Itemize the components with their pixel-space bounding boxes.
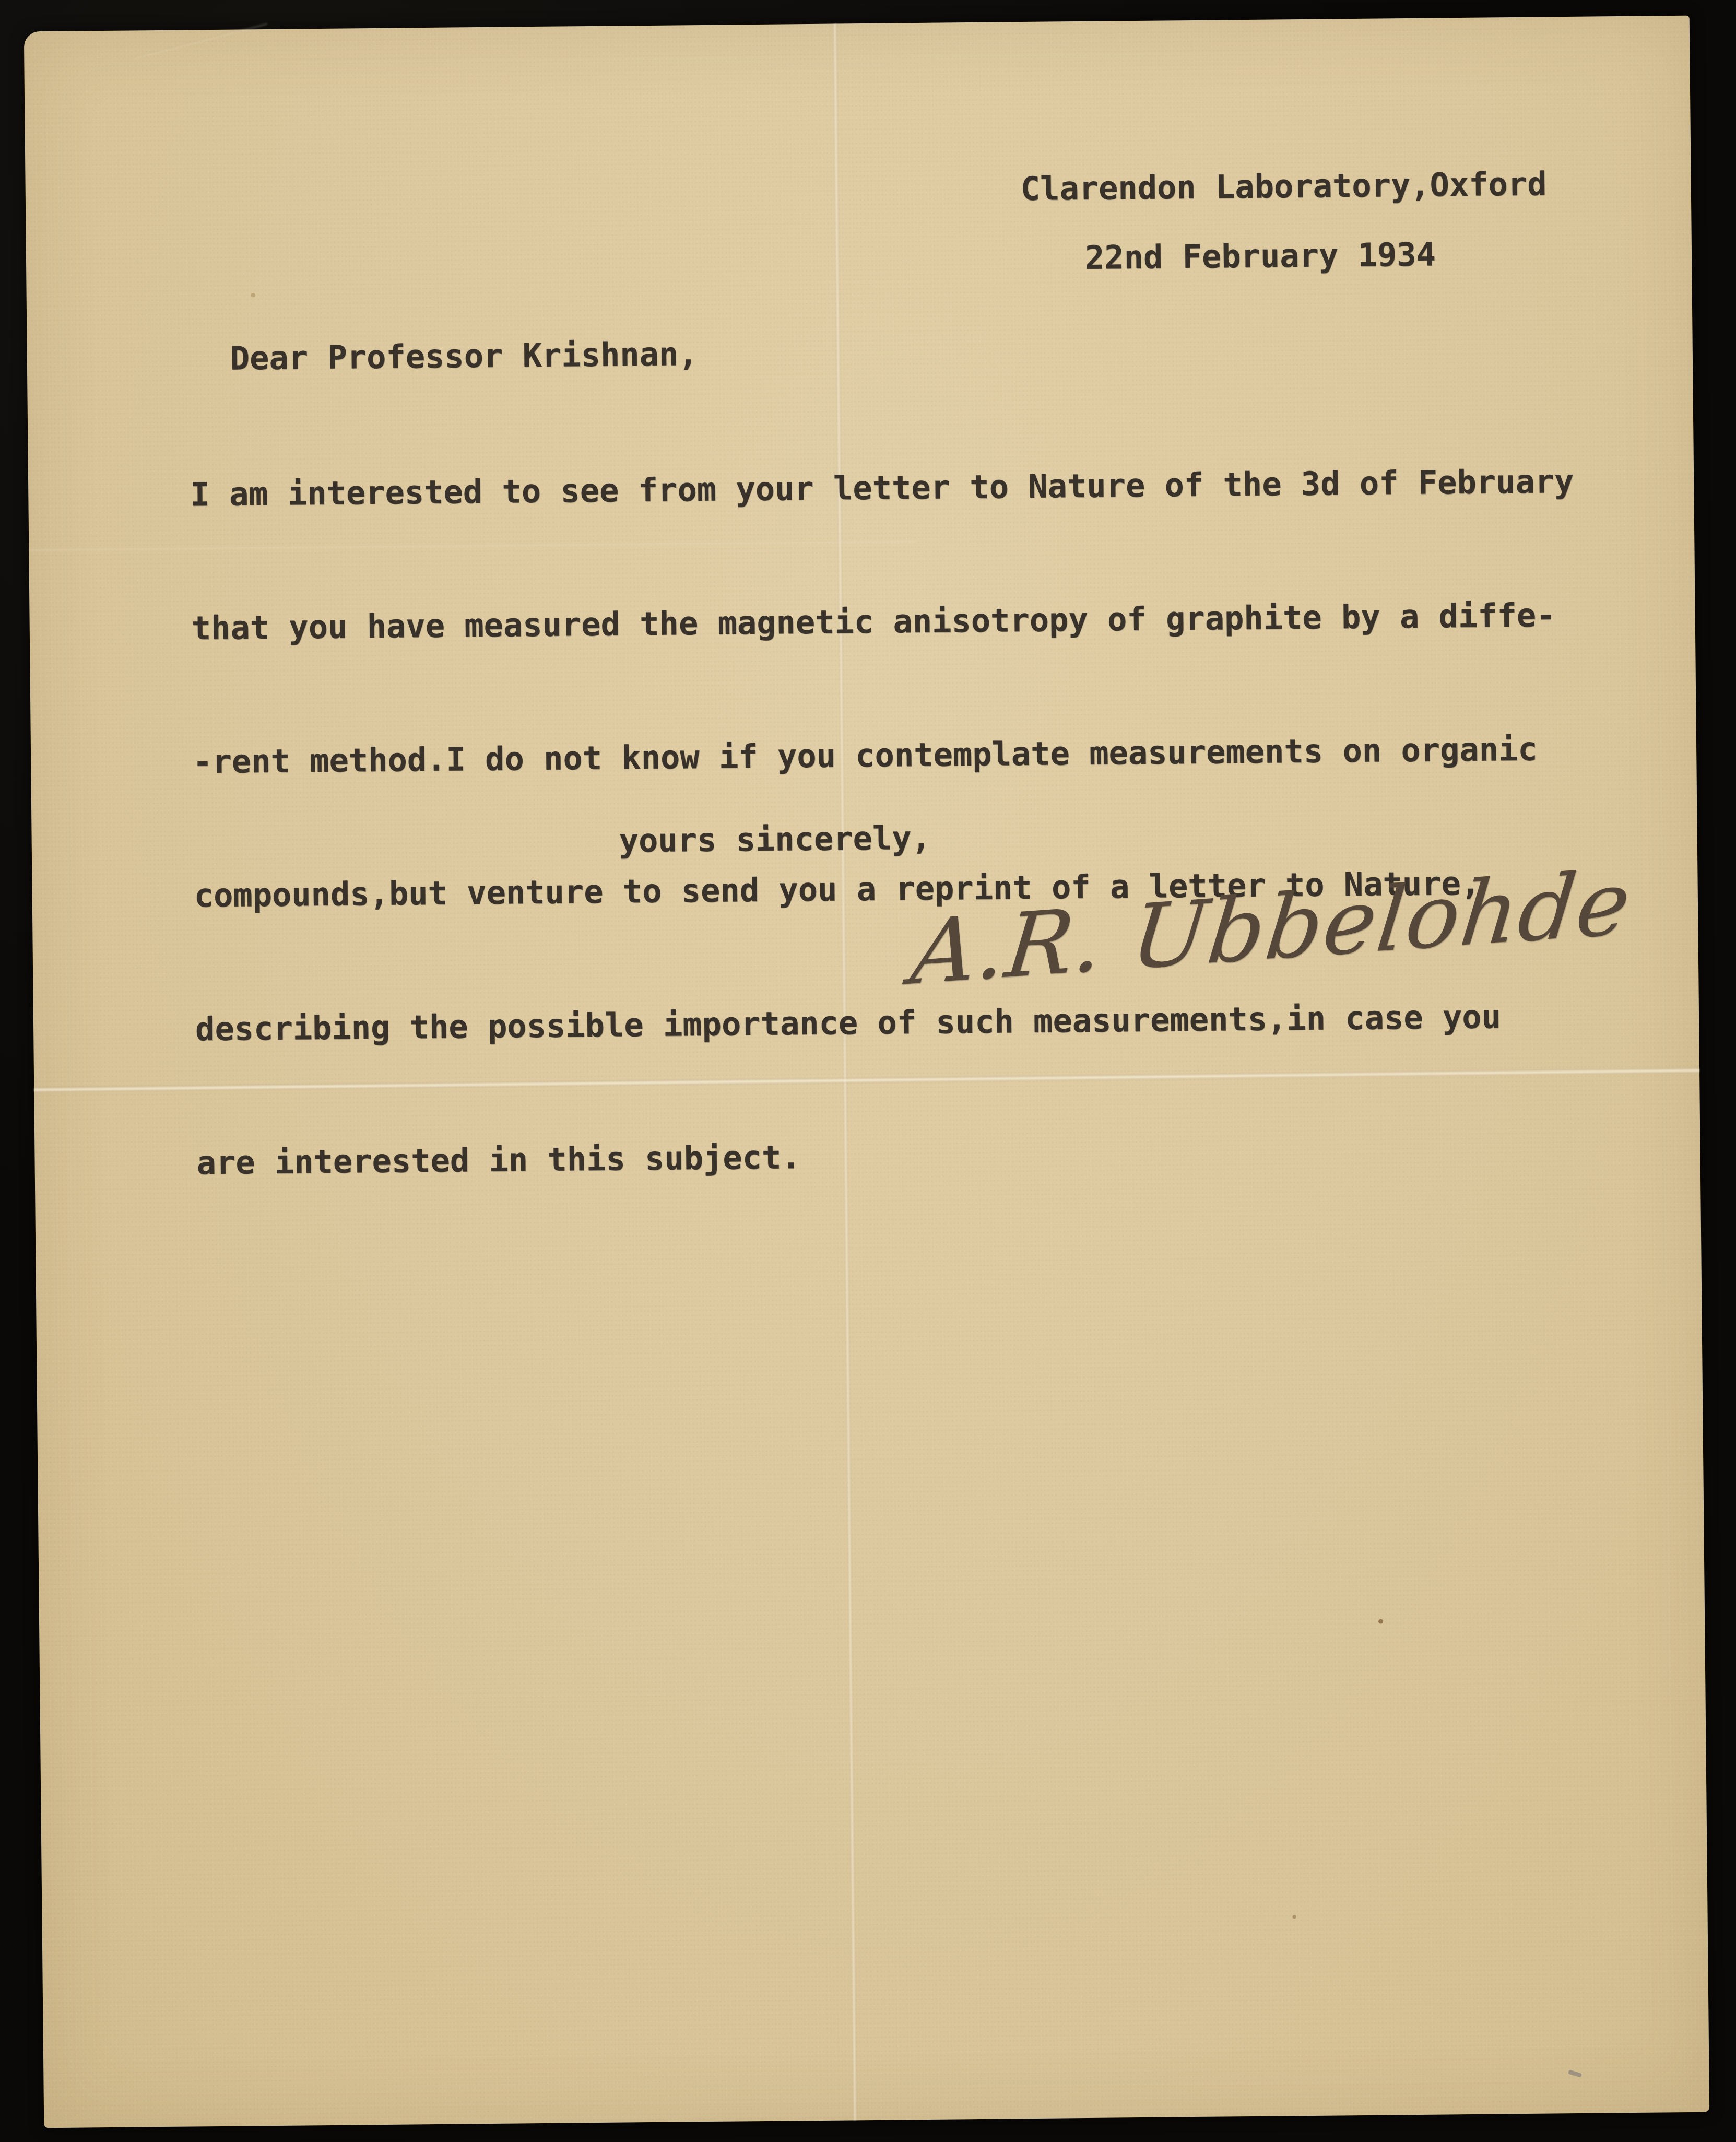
salutation: Dear Professor Krishnan, [230, 338, 698, 375]
paper-speck [1293, 1915, 1296, 1919]
body-line-1: I am interested to see from your letter … [190, 465, 1574, 511]
body-line-3: -rent method.I do not know if you contem… [193, 733, 1577, 778]
corner-crease [136, 22, 268, 59]
paper-smudge [1568, 2069, 1582, 2077]
body-line-5: describing the possible importance of su… [195, 1000, 1579, 1045]
scan-background: Clarendon Laboratory,Oxford 22nd Februar… [0, 0, 1736, 2142]
letterhead-date: 22nd February 1934 [1085, 238, 1436, 274]
paper-speck [251, 293, 255, 297]
body-line-2: that you have measured the magnetic anis… [191, 599, 1575, 644]
letterhead-address: Clarendon Laboratory,Oxford [1020, 168, 1546, 205]
letter-page: Clarendon Laboratory,Oxford 22nd Februar… [24, 16, 1709, 2128]
closing: yours sincerely, [619, 822, 931, 857]
body-line-6: are interested in this subject. [196, 1134, 1580, 1179]
paper-speck [1378, 1619, 1383, 1624]
